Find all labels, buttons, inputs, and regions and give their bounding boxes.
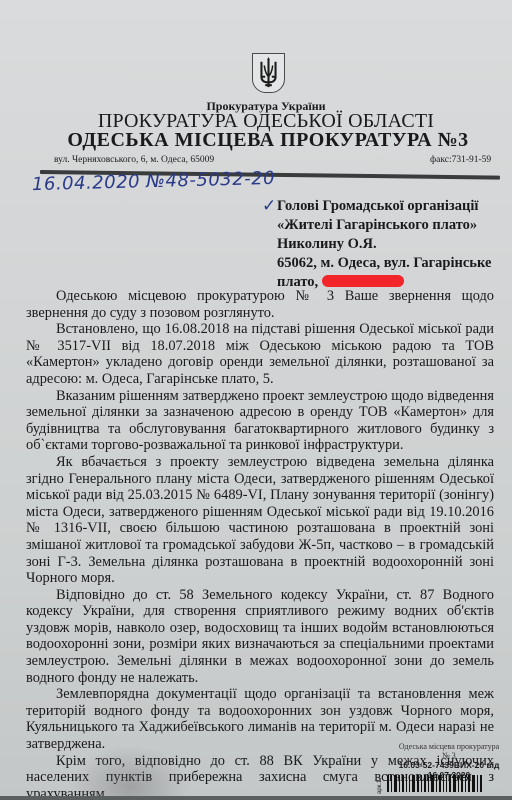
letterhead-fax: факс:731-91-59: [430, 155, 491, 165]
barcode-side-label: арк.1: [377, 784, 383, 794]
body-paragraph: Встановлено, що 16.08.2018 на підставі р…: [26, 321, 494, 387]
check-mark-icon: ✓: [262, 196, 276, 216]
trident-emblem-graphic: [253, 54, 284, 92]
page-bottom-edge: [0, 796, 512, 800]
body-paragraph: Вказаним рішенням затверджено проект зем…: [26, 388, 494, 454]
letterhead-local-office: ОДЕСЬКА МІСЦЕВА ПРОКУРАТУРА №3: [12, 129, 512, 152]
body-paragraph: Відповідно до ст. 58 Земельного кодексу …: [26, 587, 494, 687]
stamp-reg-number: 16.03-52-7439ВИХ-20 від: [386, 760, 512, 770]
photo-shadow: [70, 745, 190, 800]
redaction-mark: [322, 275, 404, 287]
body-paragraph: Як вбачається з проекту землеустрою відв…: [26, 454, 494, 587]
recipient-block: Голові Громадської організації «Жителі Г…: [277, 197, 491, 292]
letterhead-address: вул. Черняховського, 6, м. Одеса, 65009: [54, 155, 214, 165]
recipient-line: «Жителі Гагарінського плато»: [277, 216, 491, 235]
registration-barcode: арк.1: [375, 775, 484, 792]
stamp-office-number: № 3: [386, 751, 512, 760]
barcode-icon: [387, 775, 484, 792]
recipient-line: Голові Громадської організації: [277, 197, 491, 216]
letter-body: Одеською місцевою прокуратурою № 3 Ваше …: [26, 288, 494, 800]
scanned-letter-page: Прокуратура України ПРОКУРАТУРА ОДЕСЬКОЇ…: [0, 0, 512, 800]
body-paragraph: Одеською місцевою прокуратурою № 3 Ваше …: [26, 288, 494, 321]
recipient-line: Николину О.Я.: [277, 235, 491, 254]
recipient-line: 65062, м. Одеса, вул. Гагарінське: [277, 254, 491, 273]
stamp-org: Одеська місцева прокуратура: [386, 742, 512, 751]
trident-coat-of-arms-icon: [252, 53, 285, 93]
